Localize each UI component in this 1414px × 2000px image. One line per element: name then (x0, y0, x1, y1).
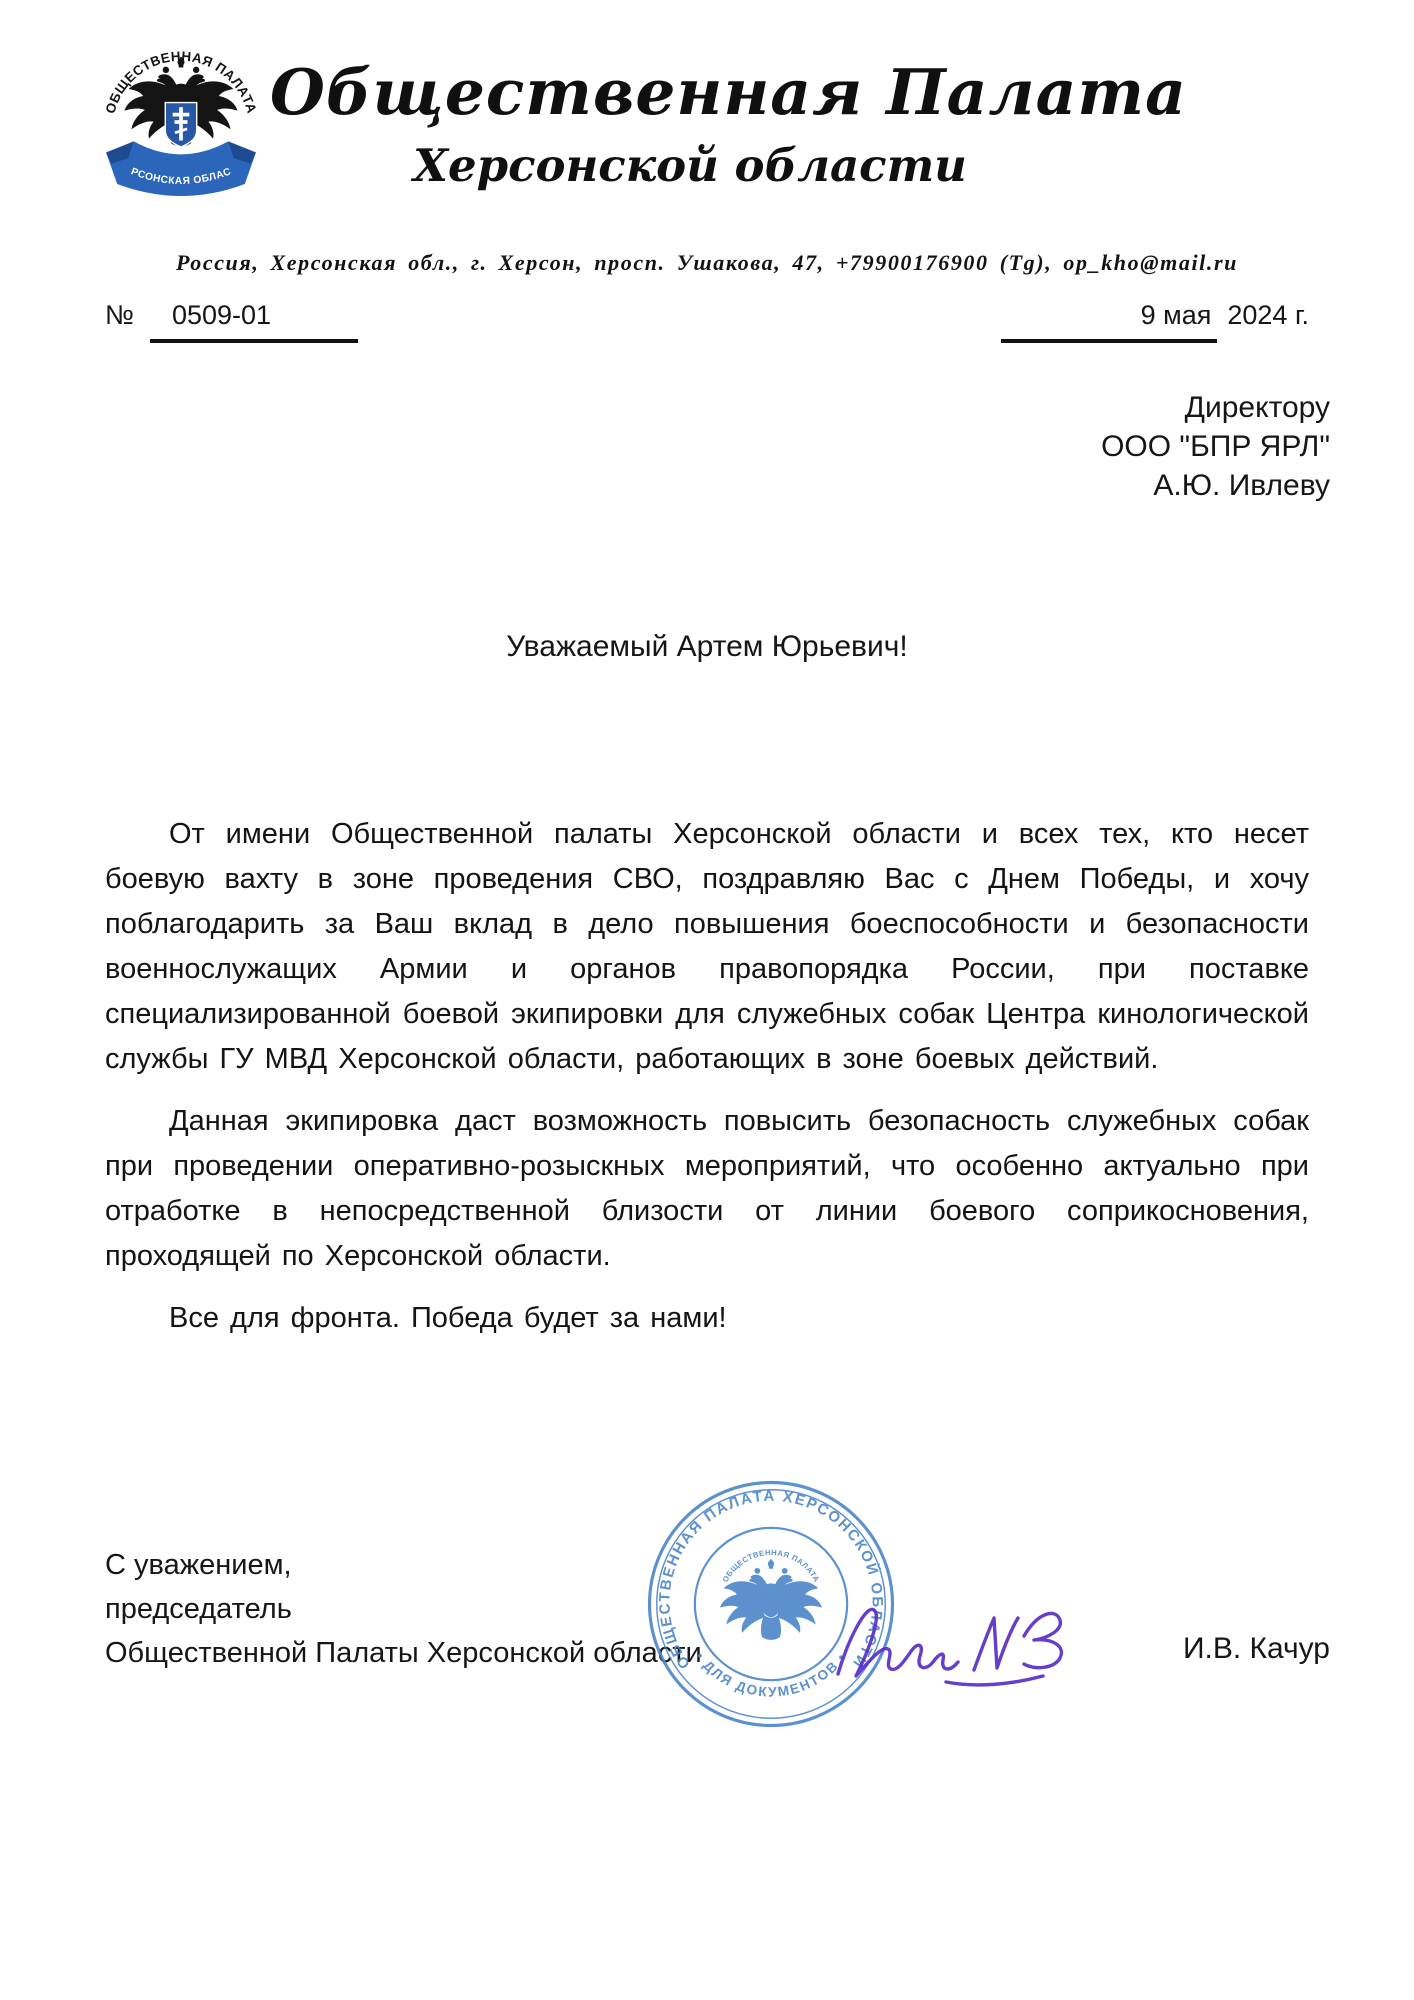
org-address-line: Россия, Херсонская обл., г. Херсон, прос… (70, 250, 1344, 276)
body-paragraph: Все для фронта. Победа будет за нами! (105, 1296, 1309, 1341)
body-paragraph: Данная экипировка даст возможность повыс… (105, 1099, 1309, 1279)
logo-shield (165, 103, 196, 147)
letterhead: Общественная Палата Херсонской области (270, 58, 1110, 191)
number-value: 0509-01 (150, 298, 358, 343)
reference-date: 9 мая 2024 г. (1001, 298, 1309, 343)
reference-row: № 0509-01 9 мая 2024 г. (105, 298, 1309, 344)
signer-name: И.В. Качур (1183, 1632, 1330, 1666)
closing-line: председатель (105, 1587, 702, 1631)
letter-page: ОБЩЕСТВЕННАЯ ПАЛАТА ХЕРСОНСКАЯ ОБЛАСТЬ О… (0, 0, 1414, 2000)
addressee-line: Директору (1101, 388, 1330, 427)
letter-body: От имени Общественной палаты Херсонской … (105, 812, 1309, 1358)
addressee-block: Директору ООО "БПР ЯРЛ" А.Ю. Ивлеву (1101, 388, 1330, 505)
body-paragraph: От имени Общественной палаты Херсонской … (105, 812, 1309, 1082)
closing-line: С уважением, (105, 1543, 702, 1587)
addressee-line: ООО "БПР ЯРЛ" (1101, 427, 1330, 466)
org-title: Общественная Палата (270, 58, 1110, 127)
salutation: Уважаемый Артем Юрьевич! (105, 630, 1309, 664)
addressee-line: А.Ю. Ивлеву (1101, 466, 1330, 505)
closing-block: С уважением, председатель Общественной П… (105, 1543, 702, 1675)
org-logo: ОБЩЕСТВЕННАЯ ПАЛАТА ХЕРСОНСКАЯ ОБЛАСТЬ (98, 36, 264, 208)
closing-line: Общественной Палаты Херсонской области (105, 1631, 702, 1675)
org-subtitle: Херсонской области (270, 141, 1110, 191)
date-year: 2024 г. (1227, 298, 1309, 331)
number-label: № (105, 298, 134, 331)
reference-number: № 0509-01 (105, 298, 358, 343)
handwritten-signature (828, 1578, 1128, 1718)
date-day-month: 9 мая (1001, 298, 1217, 343)
